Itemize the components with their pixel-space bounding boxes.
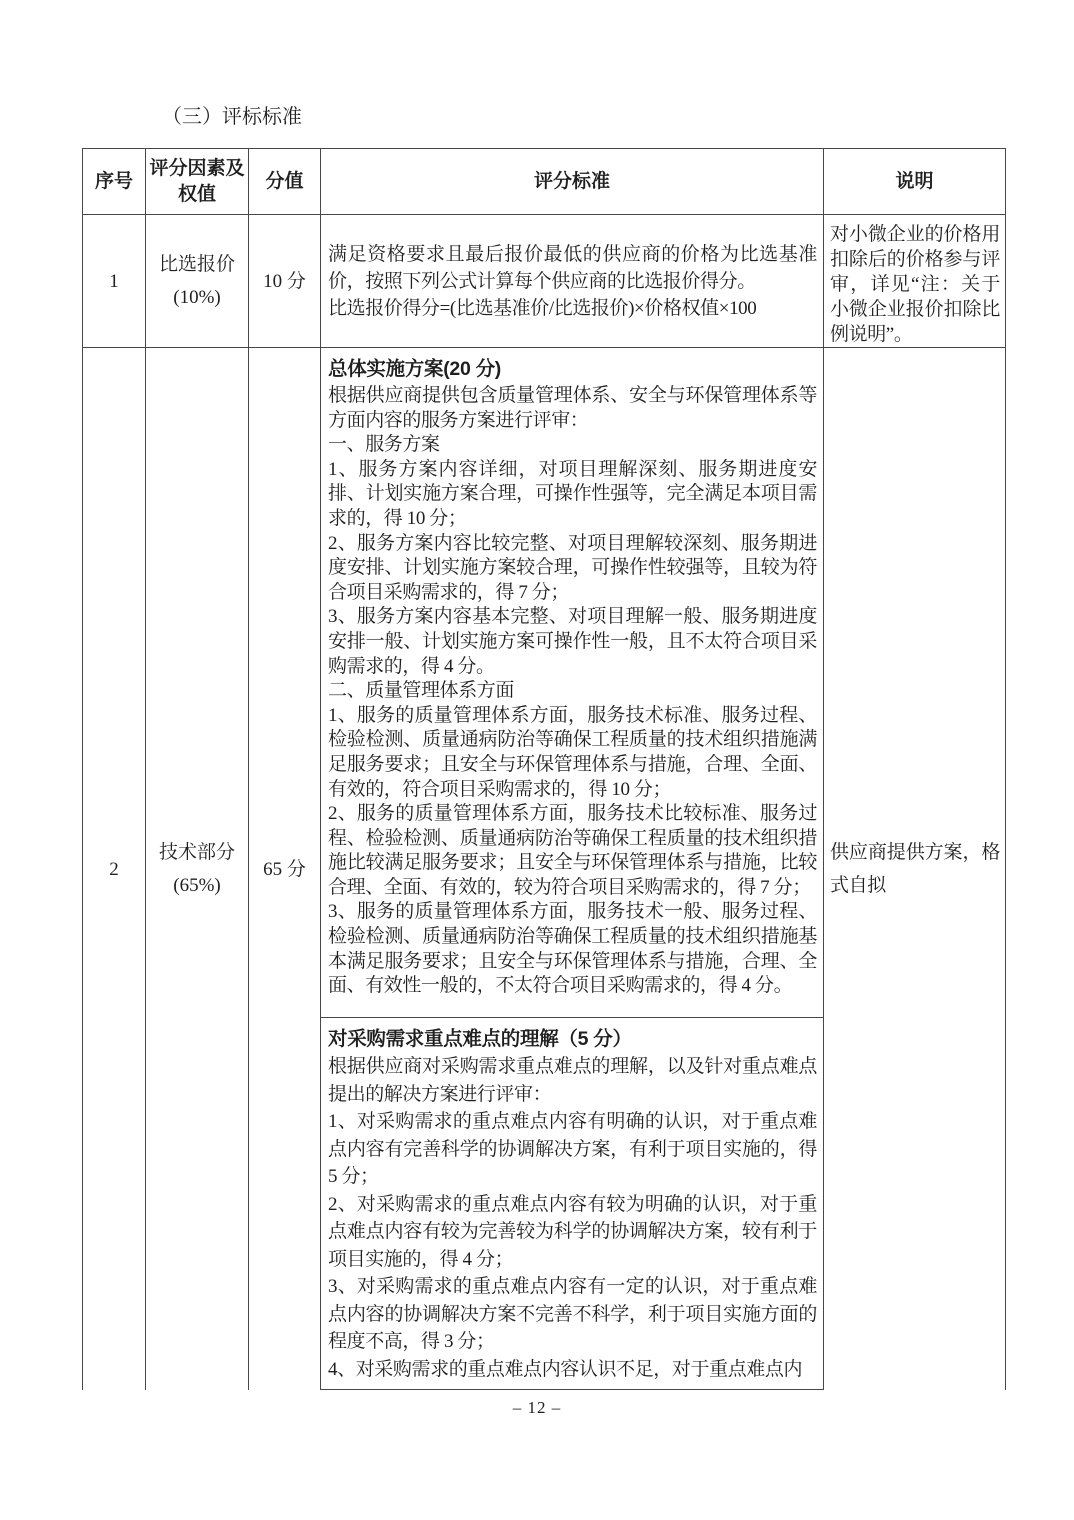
header-cell-criteria: 评分标准 [321, 149, 824, 215]
note-text: 供应商提供方案，格式自拟 [830, 836, 1000, 902]
header-cell-factor: 评分因素及权值 [146, 149, 249, 215]
criteria-paragraph: 根据供应商提供包含质量管理体系、安全与环保管理体系等方面内容的服务方案进行评审： [328, 384, 817, 433]
criteria-block-heading: 总体实施方案(20 分) [328, 356, 817, 383]
criteria-paragraph: 2、对采购需求的重点难点内容有较为明确的认识，对于重点难点内容有较为完善较为科学… [328, 1191, 817, 1274]
factor-weight: (65%) [173, 869, 220, 902]
criteria-paragraph: 4、对采购需求的重点难点内容认识不足，对于重点难点内 [328, 1356, 817, 1384]
row2-factor-cell: 技术部分 (65%) [146, 348, 249, 1390]
row2-index-cell: 2 [83, 348, 146, 1390]
header-cell-note: 说明 [824, 149, 1006, 215]
criteria-paragraph: 3、服务方案内容基本完整、对项目理解一般、服务期进度安排一般、计划实施方案可操作… [328, 605, 817, 679]
score-value: 65 分 [263, 853, 306, 886]
document-page: （三）评标标准 序号 评分因素及权值 分值 评分标准 说明 1 比选报价 (10… [0, 0, 1074, 1520]
criteria-paragraph: 2、服务的质量管理体系方面，服务技术比较标准、服务过程、检验检测、质量通病防治等… [328, 802, 817, 900]
criteria-paragraph: 比选报价得分=(比选基准价/比选报价)×价格权值×100 [328, 295, 817, 322]
criteria-paragraph: 1、服务的质量管理体系方面，服务技术标准、服务过程、检验检测、质量通病防治等确保… [328, 704, 817, 802]
row2-note-cell: 供应商提供方案，格式自拟 [824, 348, 1006, 1390]
row1-factor-cell: 比选报价 (10%) [146, 215, 249, 348]
row1-note-cell: 对小微企业的价格用扣除后的价格参与评审，详见“注：关于小微企业报价扣除比例说明”… [824, 215, 1006, 348]
criteria-paragraph: 3、对采购需求的重点难点内容有一定的认识，对于重点难点内容的协调解决方案不完善不… [328, 1273, 817, 1356]
row2-score-cell: 65 分 [249, 348, 321, 1390]
criteria-paragraph: 2、服务方案内容比较完整、对项目理解较深刻、服务期进度安排、计划实施方案较合理，… [328, 532, 817, 606]
factor-weight: (10%) [173, 281, 220, 314]
scoring-table: 序号 评分因素及权值 分值 评分标准 说明 1 比选报价 (10%) 10 分 … [82, 148, 1006, 1390]
header-cell-index: 序号 [83, 149, 146, 215]
header-cell-score: 分值 [249, 149, 321, 215]
criteria-paragraph: 一、服务方案 [328, 433, 817, 458]
criteria-block-key-difficulties: 对采购需求重点难点的理解（5 分） 根据供应商对采购需求重点难点的理解，以及针对… [321, 1018, 823, 1390]
score-value: 10 分 [263, 265, 306, 298]
row1-index-cell: 1 [83, 215, 146, 348]
section-title: （三）评标标准 [162, 104, 302, 130]
criteria-paragraph: 3、服务的质量管理体系方面，服务技术一般、服务过程、检验检测、质量通病防治等确保… [328, 900, 817, 998]
row1-score-cell: 10 分 [249, 215, 321, 348]
criteria-paragraph: 满足资格要求且最后报价最低的供应商的价格为比选基准价，按照下列公式计算每个供应商… [328, 241, 817, 295]
criteria-block-heading: 对采购需求重点难点的理解（5 分） [328, 1025, 817, 1053]
factor-name: 技术部分 [159, 836, 235, 869]
criteria-paragraph: 根据供应商对采购需求重点难点的理解，以及针对重点难点提出的解决方案进行评审： [328, 1053, 817, 1108]
page-number: – 12 – [0, 1398, 1074, 1418]
criteria-paragraph: 二、质量管理体系方面 [328, 679, 817, 704]
row1-criteria-cell: 满足资格要求且最后报价最低的供应商的价格为比选基准价，按照下列公式计算每个供应商… [321, 215, 824, 348]
factor-name: 比选报价 [159, 248, 235, 281]
criteria-paragraph: 1、服务方案内容详细，对项目理解深刻、服务期进度安排、计划实施方案合理，可操作性… [328, 458, 817, 532]
criteria-paragraph: 1、对采购需求的重点难点内容有明确的认识，对于重点难点内容有完善科学的协调解决方… [328, 1108, 817, 1191]
criteria-block-overall-plan: 总体实施方案(20 分) 根据供应商提供包含质量管理体系、安全与环保管理体系等方… [321, 348, 823, 1018]
row2-criteria-cell: 总体实施方案(20 分) 根据供应商提供包含质量管理体系、安全与环保管理体系等方… [321, 348, 824, 1390]
row-index: 2 [109, 853, 119, 886]
row-index: 1 [109, 265, 119, 298]
